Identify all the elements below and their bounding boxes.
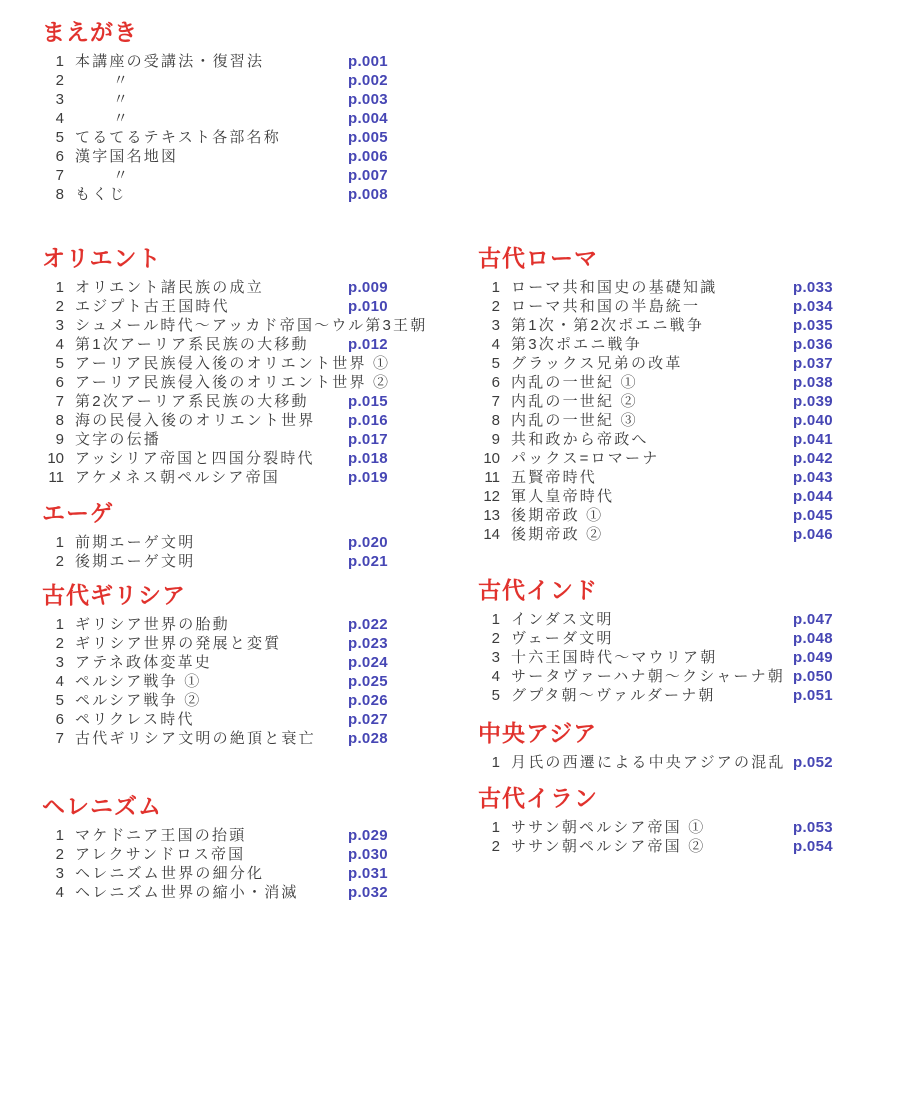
- section-rows: 1 ギリシア世界の胎動 p.022 2 ギリシア世界の発展と変質 p.023 3…: [42, 615, 478, 748]
- item-number: 5: [478, 686, 500, 705]
- toc-row: 2 後期エーゲ文明 p.021: [42, 552, 478, 571]
- preface-column: まえがき 1 本講座の受講法・復習法 p.001 2 〃 p.002 3 〃 p…: [42, 18, 478, 204]
- item-number: 8: [42, 411, 64, 430]
- item-page-number[interactable]: p.016: [348, 411, 388, 430]
- section-iran: 古代イラン 1 ササン朝ペルシア帝国 ① p.053 2 ササン朝ペルシア帝国 …: [478, 784, 920, 856]
- item-number: 14: [478, 525, 500, 544]
- toc-row: 2 エジプト古王国時代 p.010: [42, 297, 478, 316]
- left-column: オリエント 1 オリエント諸民族の成立 p.009 2 エジプト古王国時代 p.…: [42, 244, 478, 902]
- toc-row: 2 〃 p.002: [42, 71, 478, 90]
- toc-row: 5 グプタ朝〜ヴァルダーナ朝 p.051: [478, 686, 920, 705]
- toc-row: 2 ギリシア世界の発展と変質 p.023: [42, 634, 478, 653]
- item-number: 1: [42, 52, 64, 71]
- toc-row: 6 ペリクレス時代 p.027: [42, 710, 478, 729]
- toc-columns: オリエント 1 オリエント諸民族の成立 p.009 2 エジプト古王国時代 p.…: [42, 244, 920, 902]
- item-title: 月氏の西遷による中央アジアの混乱: [511, 753, 793, 772]
- item-page-number[interactable]: p.049: [793, 648, 833, 667]
- item-title: 第3次ポエニ戦争: [511, 335, 793, 354]
- item-page-number[interactable]: p.015: [348, 392, 388, 411]
- item-page-number[interactable]: p.038: [793, 373, 833, 392]
- toc-row: 3 ヘレニズム世界の細分化 p.031: [42, 864, 478, 883]
- item-page-number[interactable]: p.045: [793, 506, 833, 525]
- item-page-number[interactable]: p.043: [793, 468, 833, 487]
- section-greece: 古代ギリシア 1 ギリシア世界の胎動 p.022 2 ギリシア世界の発展と変質 …: [42, 581, 478, 748]
- toc-row: 5 グラックス兄弟の改革 p.037: [478, 354, 920, 373]
- item-number: 4: [478, 667, 500, 686]
- item-page-number[interactable]: p.002: [348, 71, 388, 90]
- section-rows: 1 マケドニア王国の抬頭 p.029 2 アレクサンドロス帝国 p.030 3 …: [42, 826, 478, 902]
- toc-row: 4 第3次ポエニ戦争 p.036: [478, 335, 920, 354]
- toc-row: 1 月氏の西遷による中央アジアの混乱 p.052: [478, 753, 920, 772]
- item-title: グラックス兄弟の改革: [511, 354, 793, 373]
- item-page-number[interactable]: p.010: [348, 297, 388, 316]
- item-title: 後期帝政 ②: [511, 525, 793, 544]
- section-hellenism: ヘレニズム 1 マケドニア王国の抬頭 p.029 2 アレクサンドロス帝国 p.…: [42, 792, 478, 902]
- item-number: 10: [478, 449, 500, 468]
- item-title: 後期帝政 ①: [511, 506, 793, 525]
- item-title: アーリア民族侵入後のオリエント世界 ①: [75, 354, 390, 373]
- item-number: 5: [42, 354, 64, 373]
- item-title: ペリクレス時代: [75, 710, 348, 729]
- item-page-number[interactable]: p.009: [348, 278, 388, 297]
- toc-row: 4 サータヴァーハナ朝〜クシャーナ朝 p.050: [478, 667, 920, 686]
- item-number: 10: [42, 449, 64, 468]
- item-page-number[interactable]: p.004: [348, 109, 388, 128]
- item-title: 前期エーゲ文明: [75, 533, 348, 552]
- item-title: アテネ政体変革史: [75, 653, 348, 672]
- toc-row: 7 古代ギリシア文明の絶頂と衰亡 p.028: [42, 729, 478, 748]
- item-number: 2: [42, 297, 64, 316]
- toc-row: 10 アッシリア帝国と四国分裂時代 p.018: [42, 449, 478, 468]
- item-number: 4: [42, 109, 64, 128]
- toc-row: 1 インダス文明 p.047: [478, 610, 920, 629]
- item-title: マケドニア王国の抬頭: [75, 826, 348, 845]
- item-number: 1: [478, 278, 500, 297]
- item-ditto-mark: 〃: [75, 90, 348, 109]
- item-title: もくじ: [75, 185, 348, 204]
- item-number: 2: [42, 71, 64, 90]
- toc-row: 7 内乱の一世紀 ② p.039: [478, 392, 920, 411]
- item-page-number[interactable]: p.040: [793, 411, 833, 430]
- item-title: オリエント諸民族の成立: [75, 278, 348, 297]
- item-number: 2: [42, 845, 64, 864]
- item-page-number[interactable]: p.029: [348, 826, 388, 845]
- item-title: 文字の伝播: [75, 430, 348, 449]
- toc-row: 1 前期エーゲ文明 p.020: [42, 533, 478, 552]
- item-page-number[interactable]: p.007: [348, 166, 388, 185]
- item-page-number[interactable]: p.022: [348, 615, 388, 634]
- item-number: 11: [478, 468, 500, 487]
- item-ditto-mark: 〃: [75, 166, 348, 185]
- toc-row: 6 漢字国名地図 p.006: [42, 147, 478, 166]
- item-page-number[interactable]: p.024: [348, 653, 388, 672]
- section-title: まえがき: [42, 18, 478, 46]
- toc-row: 10 パックス=ロマーナ p.042: [478, 449, 920, 468]
- toc-row: 1 ローマ共和国史の基礎知識 p.033: [478, 278, 920, 297]
- toc-row: 13 後期帝政 ① p.045: [478, 506, 920, 525]
- item-number: 4: [42, 883, 64, 902]
- section-title: 中央アジア: [478, 719, 920, 747]
- toc-row: 4 〃 p.004: [42, 109, 478, 128]
- item-number: 1: [42, 826, 64, 845]
- item-number: 5: [478, 354, 500, 373]
- toc-row: 1 本講座の受講法・復習法 p.001: [42, 52, 478, 71]
- item-number: 4: [478, 335, 500, 354]
- item-number: 5: [42, 128, 64, 147]
- item-number: 13: [478, 506, 500, 525]
- toc-row: 2 ヴェーダ文明 p.048: [478, 629, 920, 648]
- item-page-number[interactable]: p.044: [793, 487, 833, 506]
- item-number: 6: [42, 147, 64, 166]
- toc-row: 1 ササン朝ペルシア帝国 ① p.053: [478, 818, 920, 837]
- toc-row: 3 第1次・第2次ポエニ戦争 p.035: [478, 316, 920, 335]
- item-number: 12: [478, 487, 500, 506]
- item-number: 8: [42, 185, 64, 204]
- toc-row: 9 文字の伝播 p.017: [42, 430, 478, 449]
- item-number: 3: [42, 316, 64, 335]
- item-number: 1: [42, 533, 64, 552]
- toc-row: 11 五賢帝時代 p.043: [478, 468, 920, 487]
- item-number: 6: [42, 373, 64, 392]
- item-page-number[interactable]: p.026: [348, 691, 388, 710]
- item-page-number[interactable]: p.021: [348, 552, 388, 571]
- item-page-number[interactable]: p.033: [793, 278, 833, 297]
- item-number: 7: [42, 166, 64, 185]
- toc-row: 14 後期帝政 ② p.046: [478, 525, 920, 544]
- item-title: パックス=ロマーナ: [511, 449, 793, 468]
- item-title: アッシリア帝国と四国分裂時代: [75, 449, 348, 468]
- item-page-number[interactable]: p.039: [793, 392, 833, 411]
- section-india: 古代インド 1 インダス文明 p.047 2 ヴェーダ文明 p.048 3 十六…: [478, 576, 920, 705]
- item-page-number[interactable]: p.017: [348, 430, 388, 449]
- item-number: 3: [42, 653, 64, 672]
- item-number: 9: [478, 430, 500, 449]
- section-maegaki: まえがき 1 本講座の受講法・復習法 p.001 2 〃 p.002 3 〃 p…: [42, 18, 478, 204]
- toc-row: 7 〃 p.007: [42, 166, 478, 185]
- item-page-number[interactable]: p.008: [348, 185, 388, 204]
- item-title: ペルシア戦争 ①: [75, 672, 348, 691]
- toc-row: 1 オリエント諸民族の成立 p.009: [42, 278, 478, 297]
- toc-row: 6 内乱の一世紀 ① p.038: [478, 373, 920, 392]
- toc-row: 4 第1次アーリア系民族の大移動 p.012: [42, 335, 478, 354]
- toc-row: 2 アレクサンドロス帝国 p.030: [42, 845, 478, 864]
- right-column: 古代ローマ 1 ローマ共和国史の基礎知識 p.033 2 ローマ共和国の半島統一…: [478, 244, 920, 856]
- item-page-number[interactable]: p.005: [348, 128, 388, 147]
- item-number: 2: [42, 552, 64, 571]
- item-page-number[interactable]: p.006: [348, 147, 388, 166]
- toc-page: まえがき 1 本講座の受講法・復習法 p.001 2 〃 p.002 3 〃 p…: [0, 0, 920, 1104]
- item-title: ペルシア戦争 ②: [75, 691, 348, 710]
- section-title: 古代インド: [478, 576, 920, 604]
- item-title: てるてるテキスト各部名称: [75, 128, 348, 147]
- toc-row: 6 アーリア民族侵入後のオリエント世界 ②: [42, 373, 478, 392]
- item-page-number[interactable]: p.041: [793, 430, 833, 449]
- item-page-number[interactable]: p.047: [793, 610, 833, 629]
- item-page-number[interactable]: p.001: [348, 52, 388, 71]
- toc-row: 3 十六王国時代〜マウリア朝 p.049: [478, 648, 920, 667]
- item-page-number[interactable]: p.027: [348, 710, 388, 729]
- item-number: 3: [478, 316, 500, 335]
- item-title: 五賢帝時代: [511, 468, 793, 487]
- item-title: 内乱の一世紀 ①: [511, 373, 793, 392]
- section-title: ヘレニズム: [42, 792, 478, 820]
- item-title: 古代ギリシア文明の絶頂と衰亡: [75, 729, 348, 748]
- item-title: ササン朝ペルシア帝国 ①: [511, 818, 793, 837]
- section-rows: 1 オリエント諸民族の成立 p.009 2 エジプト古王国時代 p.010 3 …: [42, 278, 478, 487]
- toc-row: 8 海の民侵入後のオリエント世界 p.016: [42, 411, 478, 430]
- item-title: ギリシア世界の胎動: [75, 615, 348, 634]
- item-title: インダス文明: [511, 610, 793, 629]
- item-number: 9: [42, 430, 64, 449]
- item-title: 内乱の一世紀 ②: [511, 392, 793, 411]
- item-title: サータヴァーハナ朝〜クシャーナ朝: [511, 667, 793, 686]
- item-page-number[interactable]: p.042: [793, 449, 833, 468]
- toc-row: 4 ヘレニズム世界の縮小・消滅 p.032: [42, 883, 478, 902]
- section-rows: 1 本講座の受講法・復習法 p.001 2 〃 p.002 3 〃 p.003 …: [42, 52, 478, 204]
- item-page-number[interactable]: p.034: [793, 297, 833, 316]
- item-number: 2: [42, 634, 64, 653]
- item-number: 4: [42, 672, 64, 691]
- item-number: 2: [478, 837, 500, 856]
- item-number: 7: [478, 392, 500, 411]
- item-title: 第1次・第2次ポエニ戦争: [511, 316, 793, 335]
- section-central-asia: 中央アジア 1 月氏の西遷による中央アジアの混乱 p.052: [478, 719, 920, 772]
- toc-row: 7 第2次アーリア系民族の大移動 p.015: [42, 392, 478, 411]
- toc-row: 1 マケドニア王国の抬頭 p.029: [42, 826, 478, 845]
- item-number: 8: [478, 411, 500, 430]
- item-title: グプタ朝〜ヴァルダーナ朝: [511, 686, 793, 705]
- item-title: 内乱の一世紀 ③: [511, 411, 793, 430]
- toc-row: 2 ローマ共和国の半島統一 p.034: [478, 297, 920, 316]
- toc-row: 11 アケメネス朝ペルシア帝国 p.019: [42, 468, 478, 487]
- item-number: 1: [42, 278, 64, 297]
- item-title: 共和政から帝政へ: [511, 430, 793, 449]
- item-page-number[interactable]: p.020: [348, 533, 388, 552]
- toc-row: 8 内乱の一世紀 ③ p.040: [478, 411, 920, 430]
- item-title: ローマ共和国の半島統一: [511, 297, 793, 316]
- item-number: 2: [478, 629, 500, 648]
- toc-row: 3 アテネ政体変革史 p.024: [42, 653, 478, 672]
- item-number: 3: [42, 90, 64, 109]
- toc-row: 2 ササン朝ペルシア帝国 ② p.054: [478, 837, 920, 856]
- section-rows: 1 ローマ共和国史の基礎知識 p.033 2 ローマ共和国の半島統一 p.034…: [478, 278, 920, 544]
- item-number: 2: [478, 297, 500, 316]
- section-rome: 古代ローマ 1 ローマ共和国史の基礎知識 p.033 2 ローマ共和国の半島統一…: [478, 244, 920, 544]
- item-page-number[interactable]: p.031: [348, 864, 388, 883]
- item-page-number[interactable]: p.035: [793, 316, 833, 335]
- section-title: 古代ローマ: [478, 244, 920, 272]
- item-page-number[interactable]: p.019: [348, 468, 388, 487]
- item-number: 1: [42, 615, 64, 634]
- item-page-number[interactable]: p.023: [348, 634, 388, 653]
- toc-row: 5 てるてるテキスト各部名称 p.005: [42, 128, 478, 147]
- item-page-number[interactable]: p.012: [348, 335, 388, 354]
- item-page-number[interactable]: p.054: [793, 837, 833, 856]
- item-title: 第2次アーリア系民族の大移動: [75, 392, 348, 411]
- item-title: ギリシア世界の発展と変質: [75, 634, 348, 653]
- item-page-number[interactable]: p.048: [793, 629, 833, 648]
- item-title: アレクサンドロス帝国: [75, 845, 348, 864]
- section-title: 古代イラン: [478, 784, 920, 812]
- item-page-number[interactable]: p.053: [793, 818, 833, 837]
- item-number: 5: [42, 691, 64, 710]
- section-orient: オリエント 1 オリエント諸民族の成立 p.009 2 エジプト古王国時代 p.…: [42, 244, 478, 487]
- item-page-number[interactable]: p.051: [793, 686, 833, 705]
- item-number: 3: [42, 864, 64, 883]
- item-number: 1: [478, 753, 500, 772]
- item-title: アーリア民族侵入後のオリエント世界 ②: [75, 373, 390, 392]
- item-title: ローマ共和国史の基礎知識: [511, 278, 793, 297]
- item-title: 軍人皇帝時代: [511, 487, 793, 506]
- item-page-number[interactable]: p.032: [348, 883, 388, 902]
- item-title: シュメール時代〜アッカド帝国〜ウル第3王朝: [75, 316, 427, 335]
- item-title: エジプト古王国時代: [75, 297, 348, 316]
- item-title: 十六王国時代〜マウリア朝: [511, 648, 793, 667]
- item-ditto-mark: 〃: [75, 71, 348, 90]
- toc-row: 8 もくじ p.008: [42, 185, 478, 204]
- item-page-number[interactable]: p.050: [793, 667, 833, 686]
- toc-row: 3 〃 p.003: [42, 90, 478, 109]
- item-page-number[interactable]: p.030: [348, 845, 388, 864]
- item-page-number[interactable]: p.028: [348, 729, 388, 748]
- section-title: オリエント: [42, 244, 478, 272]
- item-number: 1: [478, 610, 500, 629]
- section-title: 古代ギリシア: [42, 581, 478, 609]
- section-rows: 1 ササン朝ペルシア帝国 ① p.053 2 ササン朝ペルシア帝国 ② p.05…: [478, 818, 920, 856]
- item-title: 漢字国名地図: [75, 147, 348, 166]
- item-title: アケメネス朝ペルシア帝国: [75, 468, 348, 487]
- item-number: 3: [478, 648, 500, 667]
- toc-row: 5 アーリア民族侵入後のオリエント世界 ①: [42, 354, 478, 373]
- item-page-number[interactable]: p.037: [793, 354, 833, 373]
- toc-row: 12 軍人皇帝時代 p.044: [478, 487, 920, 506]
- toc-row: 9 共和政から帝政へ p.041: [478, 430, 920, 449]
- toc-row: 4 ペルシア戦争 ① p.025: [42, 672, 478, 691]
- item-number: 7: [42, 392, 64, 411]
- section-aegean: エーゲ 1 前期エーゲ文明 p.020 2 後期エーゲ文明 p.021: [42, 499, 478, 571]
- item-page-number[interactable]: p.025: [348, 672, 388, 691]
- item-page-number[interactable]: p.052: [793, 753, 833, 772]
- item-number: 6: [42, 710, 64, 729]
- item-number: 6: [478, 373, 500, 392]
- item-ditto-mark: 〃: [75, 109, 348, 128]
- item-title: ヘレニズム世界の縮小・消滅: [75, 883, 348, 902]
- item-title: ササン朝ペルシア帝国 ②: [511, 837, 793, 856]
- section-rows: 1 月氏の西遷による中央アジアの混乱 p.052: [478, 753, 920, 772]
- item-title: 本講座の受講法・復習法: [75, 52, 348, 71]
- section-rows: 1 前期エーゲ文明 p.020 2 後期エーゲ文明 p.021: [42, 533, 478, 571]
- toc-row: 1 ギリシア世界の胎動 p.022: [42, 615, 478, 634]
- item-page-number[interactable]: p.003: [348, 90, 388, 109]
- toc-row: 5 ペルシア戦争 ② p.026: [42, 691, 478, 710]
- item-title: ヘレニズム世界の細分化: [75, 864, 348, 883]
- item-number: 11: [42, 468, 64, 487]
- item-title: 第1次アーリア系民族の大移動: [75, 335, 348, 354]
- item-page-number[interactable]: p.018: [348, 449, 388, 468]
- item-title: 海の民侵入後のオリエント世界: [75, 411, 348, 430]
- toc-row: 3 シュメール時代〜アッカド帝国〜ウル第3王朝: [42, 316, 478, 335]
- section-title: エーゲ: [42, 499, 478, 527]
- item-title: ヴェーダ文明: [511, 629, 793, 648]
- item-number: 1: [478, 818, 500, 837]
- item-number: 4: [42, 335, 64, 354]
- item-page-number[interactable]: p.046: [793, 525, 833, 544]
- item-title: 後期エーゲ文明: [75, 552, 348, 571]
- section-rows: 1 インダス文明 p.047 2 ヴェーダ文明 p.048 3 十六王国時代〜マ…: [478, 610, 920, 705]
- item-number: 7: [42, 729, 64, 748]
- item-page-number[interactable]: p.036: [793, 335, 833, 354]
